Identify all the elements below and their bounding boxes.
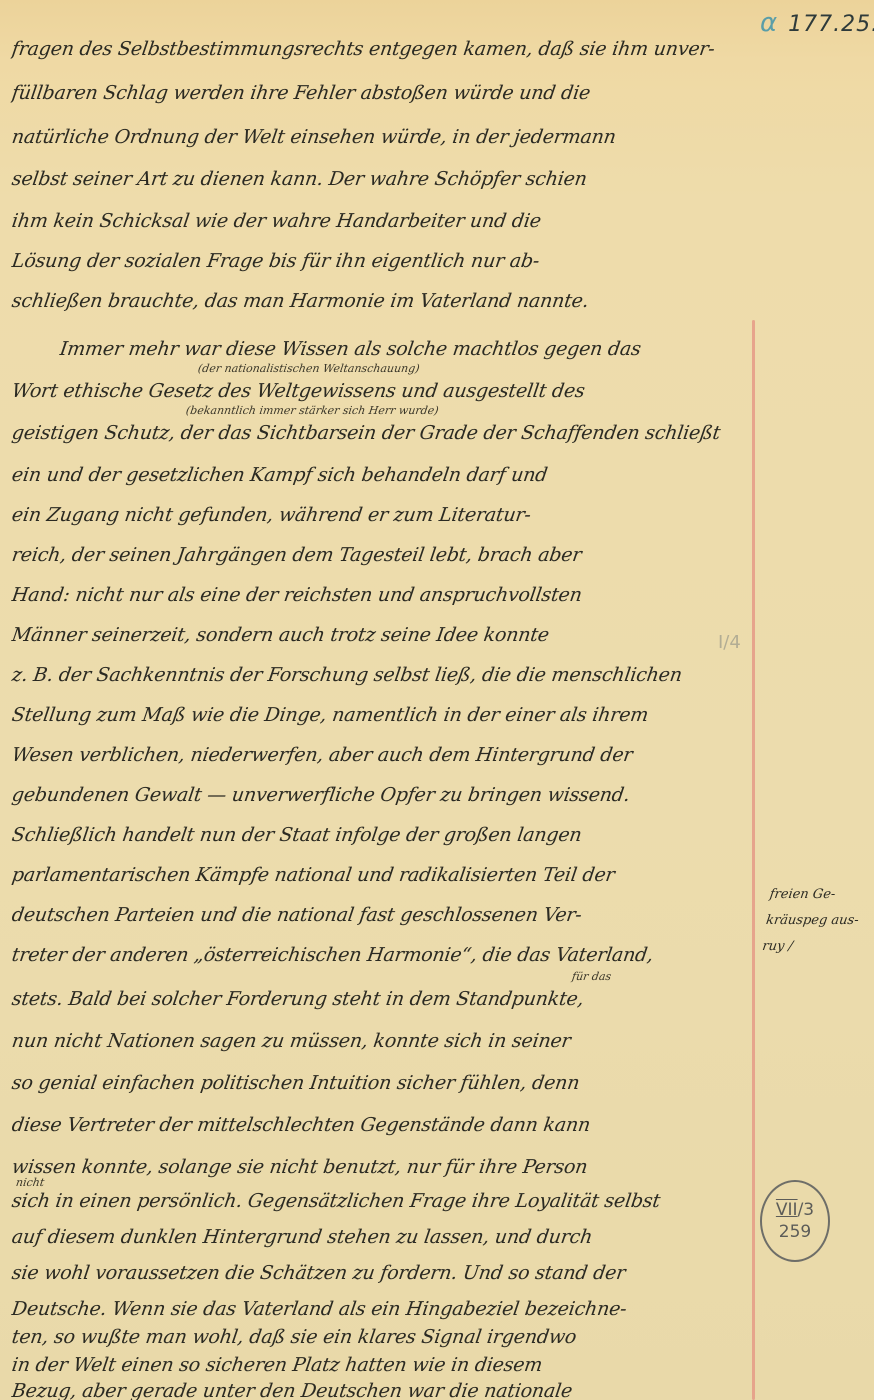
text-line: Stellung zum Maß wie die Dinge, namentli…: [10, 704, 743, 726]
archive-stamp: VII/3 259: [760, 1180, 830, 1262]
text-line: stets. Bald bei solcher Forderung steht …: [10, 988, 743, 1010]
text-line: sich in einen persönlich. Gegensätzliche…: [10, 1190, 743, 1212]
text-line: sie wohl voraussetzen die Schätzen zu fo…: [10, 1262, 743, 1284]
text-line: reich, der seinen Jahrgängen dem Tageste…: [10, 544, 743, 566]
text-line: treter der anderen „österreichischen Har…: [10, 944, 743, 966]
text-line: Bezug, aber gerade unter den Deutschen w…: [10, 1380, 743, 1400]
text-line: natürliche Ordnung der Welt einsehen wür…: [10, 126, 743, 148]
text-line: geistigen Schutz, der das Sichtbarsein d…: [10, 422, 743, 444]
inserted-correction: (der nationalistischen Weltanschauung): [197, 362, 420, 375]
text-line: schließen brauchte, das man Harmonie im …: [10, 290, 743, 312]
archive-number: α177.25.: [760, 8, 874, 38]
inserted-correction: (bekanntlich immer stärker sich Herr wur…: [185, 404, 439, 417]
margin-note-line: kräuspeg aus-: [764, 908, 868, 934]
text-line: auf diesem dunklen Hintergrund stehen zu…: [10, 1226, 743, 1248]
text-line: fragen des Selbstbestimmungsrechts entge…: [10, 38, 743, 60]
manuscript-page: α177.25. fragen des Selbstbestimmungsrec…: [0, 0, 874, 1400]
text-line: Wesen verblichen, niederwerfen, aber auc…: [10, 744, 743, 766]
above-line-note: für das: [571, 970, 612, 983]
text-line: parlamentarischen Kämpfe national und ra…: [10, 864, 743, 886]
text-line: in der Welt einen so sicheren Platz hatt…: [10, 1354, 743, 1376]
text-line: z. B. der Sachkenntnis der Forschung sel…: [10, 664, 743, 686]
text-line: diese Vertreter der mittelschlechten Geg…: [10, 1114, 743, 1136]
text-line: Hand: nicht nur als eine der reichsten u…: [10, 584, 743, 606]
text-line: füllbaren Schlag werden ihre Fehler abst…: [10, 82, 743, 104]
stamp-page: 259: [779, 1221, 811, 1243]
archive-symbol: α: [760, 8, 778, 38]
text-line: Deutsche. Wenn sie das Vaterland als ein…: [10, 1298, 743, 1320]
text-line: Schließlich handelt nun der Staat infolg…: [10, 824, 743, 846]
text-line: ein und der gesetzlichen Kampf sich beha…: [10, 464, 743, 486]
margin-note-line: ruy /: [761, 934, 865, 960]
text-line: ein Zugang nicht gefunden, während er zu…: [10, 504, 743, 526]
text-line: nun nicht Nationen sagen zu müssen, konn…: [10, 1030, 743, 1052]
above-line-note: nicht: [15, 1176, 45, 1189]
text-line: wissen konnte, solange sie nicht benutzt…: [10, 1156, 743, 1178]
text-line: Männer seinerzeit, sondern auch trotz se…: [10, 624, 743, 646]
text-line: so genial einfachen politischen Intuitio…: [10, 1072, 743, 1094]
text-line: ihm kein Schicksal wie der wahre Handarb…: [10, 210, 743, 232]
stamp-part: /3: [798, 1200, 815, 1220]
red-margin-line: [752, 320, 755, 1400]
text-line: ten, so wußte man wohl, daß sie ein klar…: [10, 1326, 743, 1348]
text-line: selbst seiner Art zu dienen kann. Der wa…: [10, 168, 743, 190]
text-line: gebundenen Gewalt — unverwerfliche Opfer…: [10, 784, 743, 806]
margin-note-line: freien Ge-: [768, 882, 872, 908]
text-line: deutschen Parteien und die national fast…: [10, 904, 743, 926]
text-line: Wort ethische Gesetz des Weltgewissens u…: [10, 380, 743, 402]
text-line: Lösung der sozialen Frage bis für ihn ei…: [10, 250, 743, 272]
archive-folio: 177.25.: [788, 12, 874, 37]
stamp-volume: VII: [776, 1200, 798, 1220]
pencil-mark: I/4: [718, 632, 741, 653]
text-line: Immer mehr war diese Wissen als solche m…: [58, 338, 741, 360]
margin-note: freien Ge- kräuspeg aus- ruy /: [761, 882, 872, 960]
